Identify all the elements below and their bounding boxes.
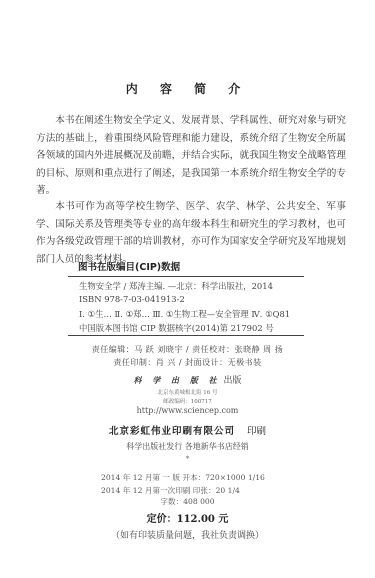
publisher-url[interactable]: http://www.sciencep.com: [0, 406, 375, 415]
summary-text-1: 本书在阐述生物安全学定义、发展背景、学科属性、研究对象与研究方法的基础上，着重围…: [36, 112, 346, 200]
printer-line: 北京彩虹伟业印刷有限公司印刷: [0, 423, 375, 437]
printer-name: 北京彩虹伟业印刷有限公司: [109, 426, 235, 437]
word-count: 字数：408 000: [0, 496, 375, 507]
cip-top-rule: [68, 276, 304, 277]
summary-paragraph-1: 本书在阐述生物安全学定义、发展背景、学科属性、研究对象与研究方法的基础上，着重围…: [36, 112, 346, 200]
publisher-suffix: 出版: [224, 376, 242, 386]
cip-heading: 图书在版编目(CIP)数据: [78, 259, 180, 273]
separator-star: *: [0, 455, 375, 463]
summary-text-2: 本书可作为高等学校生物学、医学、农学、林学、公共安全、军事学、国际关系及管理类等…: [36, 198, 346, 268]
credits-production: 责任印制：肖 兴 / 封面设计：无极书装: [0, 357, 375, 368]
cip-line-classification: Ⅰ. ①生… Ⅱ. ①郑… Ⅲ. ①生物工程—安全管理 Ⅳ. ①Q81: [79, 308, 290, 320]
printing-line: 2014 年 12 月第一次印刷 印张：20 1/4: [101, 485, 240, 496]
cip-line-title: 生物安全学 / 郑涛主编. —北京：科学出版社，2014: [79, 280, 273, 292]
price: 定价：112.00 元: [0, 510, 375, 525]
cip-bottom-rule: [68, 335, 304, 336]
publisher-logo: 科 学 出 版 社: [133, 375, 220, 385]
cip-line-isbn: ISBN 978-7-03-041913-2: [79, 294, 185, 304]
cip-line-record: 中国版本图书馆 CIP 数据核字(2014)第 217902 号: [79, 322, 274, 334]
summary-title: 内 容 简 介: [0, 80, 375, 97]
edition-line: 2014 年 12 月第 一 版 开本：720×1000 1/16: [101, 472, 265, 483]
publisher-address: 北京东黄城根北街 16 号: [0, 388, 375, 396]
printer-suffix: 印刷: [247, 426, 266, 437]
publisher-postcode: 邮政编码：100717: [0, 397, 375, 405]
quality-notice: （如有印装质量问题，我社负责调换）: [0, 528, 375, 541]
publisher-line: 科 学 出 版 社 出版: [0, 373, 375, 386]
summary-paragraph-2: 本书可作为高等学校生物学、医学、农学、林学、公共安全、军事学、国际关系及管理类等…: [36, 198, 346, 268]
distribution-line: 科学出版社发行 各地新华书店经销: [0, 441, 375, 452]
credits-editors: 责任编辑：马 跃 刘晓宇 / 责任校对：张晓静 周 扬: [0, 344, 375, 355]
